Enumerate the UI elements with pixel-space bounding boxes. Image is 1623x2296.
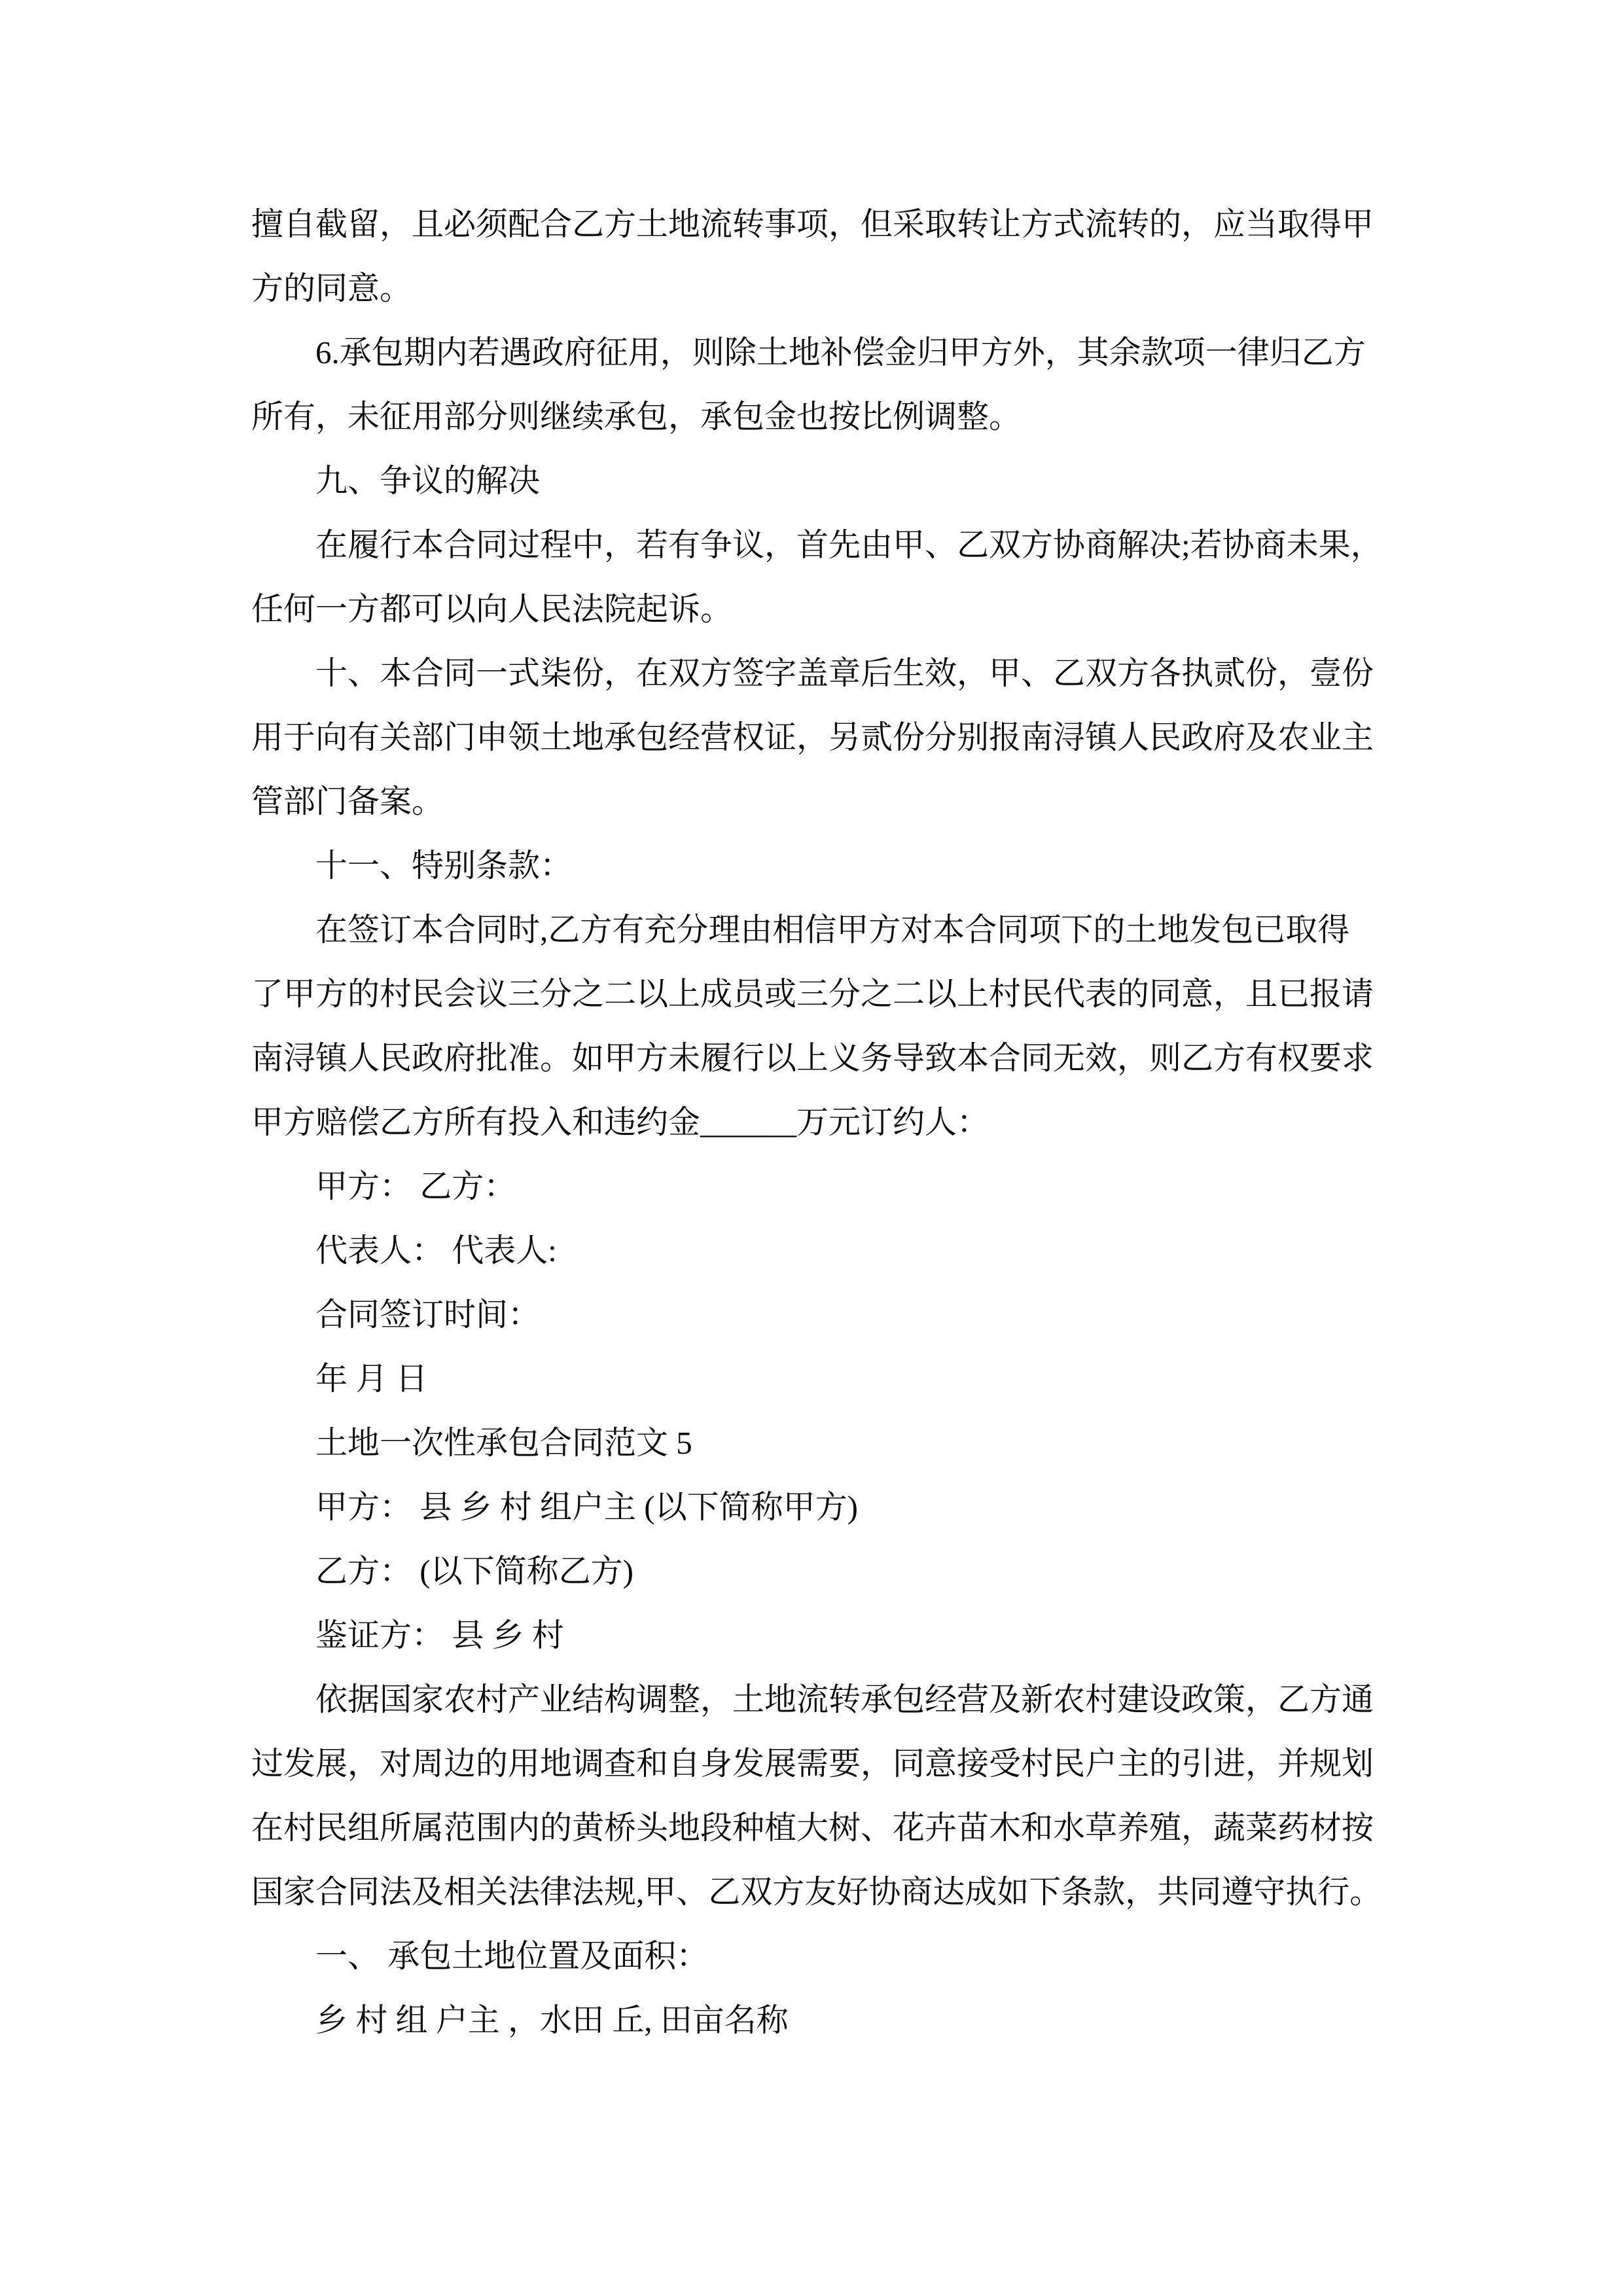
text-line: 九、争议的解决 xyxy=(251,449,1403,513)
text-line: 甲方： 县 乡 村 组户主 (以下简称甲方) xyxy=(251,1475,1403,1539)
text-line: 在履行本合同过程中，若有争议，首先由甲、乙双方协商解决;若协商未果， xyxy=(251,513,1403,577)
text-line: 乡 村 组 户主 ，水田 丘, 田亩名称 xyxy=(251,1988,1403,2053)
text-line: 一、 承包土地位置及面积： xyxy=(251,1924,1403,1988)
text-line: 十一、特别条款： xyxy=(251,834,1403,898)
text-line: 6.承包期内若遇政府征用，则除土地补偿金归甲方外，其余款项一律归乙方 xyxy=(251,321,1403,385)
document-page: 擅自截留，且必须配合乙方土地流转事项，但采取转让方式流转的，应当取得甲方的同意。… xyxy=(0,0,1623,2296)
text-line: 管部门备案。 xyxy=(251,770,1403,834)
text-line: 国家合同法及相关法律法规,甲、乙双方友好协商达成如下条款，共同遵守执行。 xyxy=(251,1860,1403,1924)
text-line: 土地一次性承包合同范文 5 xyxy=(251,1411,1403,1475)
text-line: 十、本合同一式柒份，在双方签字盖章后生效，甲、乙双方各执贰份，壹份 xyxy=(251,641,1403,706)
text-line: 所有，未征用部分则继续承包，承包金也按比例调整。 xyxy=(251,385,1403,449)
text-line: 擅自截留，且必须配合乙方土地流转事项，但采取转让方式流转的，应当取得甲 xyxy=(251,192,1403,257)
text-line: 依据国家农村产业结构调整，土地流转承包经营及新农村建设政策，乙方通 xyxy=(251,1668,1403,1732)
text-line: 在村民组所属范围内的黄桥头地段种植大树、花卉苗木和水草养殖，蔬菜药材按 xyxy=(251,1796,1403,1860)
contract-body: 擅自截留，且必须配合乙方土地流转事项，但采取转让方式流转的，应当取得甲方的同意。… xyxy=(251,192,1403,2053)
text-line: 乙方： (以下简称乙方) xyxy=(251,1539,1403,1604)
text-line: 甲方赔偿乙方所有投入和违约金______万元订约人： xyxy=(251,1090,1403,1155)
text-line: 代表人： 代表人: xyxy=(251,1219,1403,1283)
text-line: 用于向有关部门申领土地承包经营权证，另贰份分别报南浔镇人民政府及农业主 xyxy=(251,706,1403,770)
text-line: 在签订本合同时,乙方有充分理由相信甲方对本合同项下的土地发包已取得 xyxy=(251,898,1403,962)
text-line: 年 月 日 xyxy=(251,1347,1403,1411)
text-line: 方的同意。 xyxy=(251,257,1403,321)
text-line: 南浔镇人民政府批准。如甲方未履行以上义务导致本合同无效，则乙方有权要求 xyxy=(251,1026,1403,1090)
text-line: 了甲方的村民会议三分之二以上成员或三分之二以上村民代表的同意，且已报请 xyxy=(251,962,1403,1026)
text-line: 甲方： 乙方： xyxy=(251,1155,1403,1219)
text-line: 任何一方都可以向人民法院起诉。 xyxy=(251,577,1403,641)
text-line: 合同签订时间： xyxy=(251,1283,1403,1347)
text-line: 过发展，对周边的用地调查和自身发展需要，同意接受村民户主的引进，并规划 xyxy=(251,1732,1403,1796)
text-line: 鉴证方： 县 乡 村 xyxy=(251,1604,1403,1668)
